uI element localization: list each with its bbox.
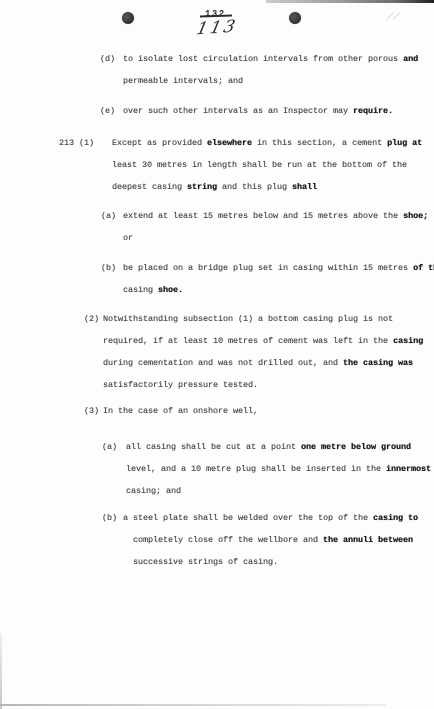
text-line: Notwithstanding subsection (1) a bottom … [103,308,423,330]
clause-d: (d)to isolate lost circulation intervals… [100,48,418,92]
clause-1b: (b)be placed on a bridge plug set in cas… [101,257,434,301]
text-line: casing shoe. [123,279,434,301]
text-line: during cementation and was not drilled o… [103,352,423,374]
text-line: deepest casing string and this plug shal… [112,176,422,198]
text-line: satisfactorily pressure tested. [103,374,423,396]
subsection-2: (2)Notwithstanding subsection (1) a bott… [84,308,423,396]
clause-d-label: (d) [100,48,115,70]
text-line: be placed on a bridge plug set in casing… [123,257,434,279]
clause-3a-label: (a) [102,436,117,458]
scan-artifact-top-edge [266,0,434,3]
text-line: extend at least 15 metres below and 15 m… [123,205,428,227]
clause-3b-label: (b) [102,507,117,529]
section-213-1-label: 213 (1) [59,132,94,154]
text-line: completely close off the wellbore and th… [133,529,418,551]
text-line: least 30 metres in length shall be run a… [112,154,422,176]
clause-1a-label: (a) [101,205,116,227]
section-213-1: 213 (1)Except as provided elsewhere in t… [59,132,422,198]
scanned-document-page: 132 113 // (d)to isolate lost circulatio… [0,0,434,709]
pencil-mark: // [384,12,402,22]
scan-artifact-bottom-edge [0,704,386,706]
clause-3b: (b)a steel plate shall be welded over th… [102,507,418,573]
subsection-3-label: (3) [84,400,99,422]
clause-3a: (a)all casing shall be cut at a point on… [102,436,431,502]
text-line: Except as provided elsewhere in this sec… [112,132,422,154]
scan-artifact-left-edge [0,633,2,709]
text-line: a steel plate shall be welded over the t… [123,507,418,529]
clause-1a: (a)extend at least 15 metres below and 1… [101,205,428,249]
text-line: successive strings of casing. [133,551,418,573]
clause-e: (e)over such other intervals as an Inspe… [100,100,393,122]
subsection-2-label: (2) [84,308,99,330]
text-line: over such other intervals as an Inspecto… [123,100,393,122]
hole-punch-left-icon [122,12,134,24]
page-number-handwritten: 113 [194,17,239,40]
text-line: casing; and [126,480,431,502]
text-line: to isolate lost circulation intervals fr… [123,48,418,70]
clause-e-label: (e) [100,100,115,122]
text-line: In the case of an onshore well, [103,400,258,422]
text-line: required, if at least 10 metres of cemen… [103,330,423,352]
text-line: or [123,227,428,249]
hole-punch-right-icon [289,12,301,24]
subsection-3: (3)In the case of an onshore well, [84,400,258,422]
text-line: all casing shall be cut at a point one m… [126,436,431,458]
clause-1b-label: (b) [101,257,116,279]
text-line: level, and a 10 metre plug shall be inse… [126,458,431,480]
text-line: permeable intervals; and [123,70,418,92]
